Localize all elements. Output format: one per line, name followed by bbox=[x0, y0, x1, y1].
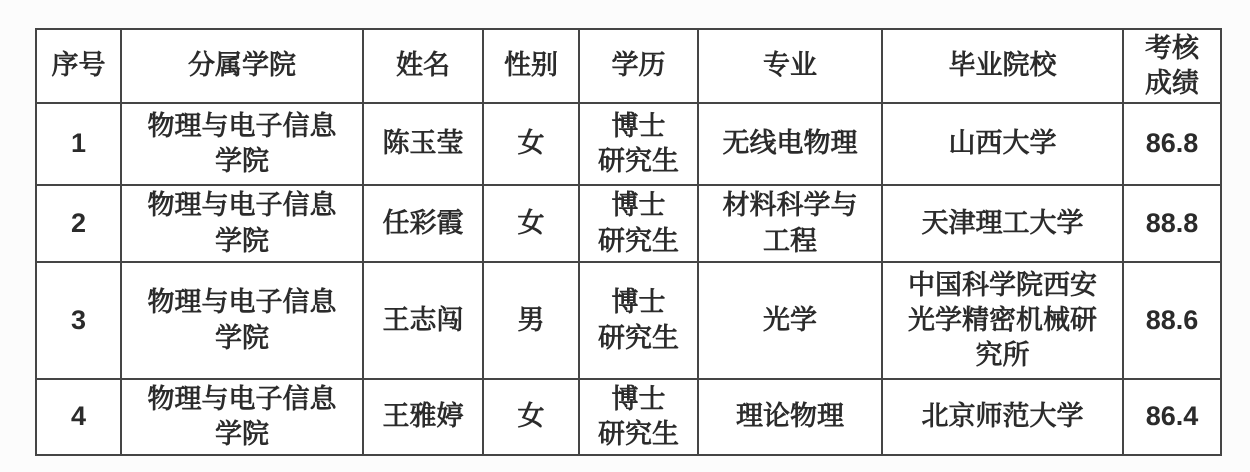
table-row: 3 物理与电子信息 学院 王志闯 男 博士 研究生 光学 中国科学院西安 光学精… bbox=[36, 262, 1221, 379]
header-cell-name: 姓名 bbox=[363, 29, 483, 103]
cell-score: 88.8 bbox=[1123, 185, 1221, 262]
cell-university: 中国科学院西安 光学精密机械研 究所 bbox=[882, 262, 1123, 379]
cell-name: 陈玉莹 bbox=[363, 103, 483, 185]
cell-index: 1 bbox=[36, 103, 121, 185]
cell-index: 2 bbox=[36, 185, 121, 262]
header-cell-gender: 性别 bbox=[483, 29, 579, 103]
cell-score: 88.6 bbox=[1123, 262, 1221, 379]
cell-university: 天津理工大学 bbox=[882, 185, 1123, 262]
cell-gender: 女 bbox=[483, 103, 579, 185]
cell-college: 物理与电子信息 学院 bbox=[121, 103, 363, 185]
table-row: 1 物理与电子信息 学院 陈玉莹 女 博士 研究生 无线电物理 山西大学 86.… bbox=[36, 103, 1221, 185]
cell-major: 理论物理 bbox=[698, 379, 882, 455]
cell-college: 物理与电子信息 学院 bbox=[121, 262, 363, 379]
header-cell-index: 序号 bbox=[36, 29, 121, 103]
cell-college: 物理与电子信息 学院 bbox=[121, 379, 363, 455]
cell-name: 任彩霞 bbox=[363, 185, 483, 262]
table-header: 序号 分属学院 姓名 性别 学历 专业 毕业院校 考核 成绩 bbox=[36, 29, 1221, 103]
header-cell-major: 专业 bbox=[698, 29, 882, 103]
cell-index: 4 bbox=[36, 379, 121, 455]
header-row: 序号 分属学院 姓名 性别 学历 专业 毕业院校 考核 成绩 bbox=[36, 29, 1221, 103]
cell-education: 博士 研究生 bbox=[579, 262, 698, 379]
cell-education: 博士 研究生 bbox=[579, 103, 698, 185]
cell-gender: 女 bbox=[483, 379, 579, 455]
cell-education: 博士 研究生 bbox=[579, 185, 698, 262]
cell-major: 材料科学与 工程 bbox=[698, 185, 882, 262]
table-row: 2 物理与电子信息 学院 任彩霞 女 博士 研究生 材料科学与 工程 天津理工大… bbox=[36, 185, 1221, 262]
cell-score: 86.8 bbox=[1123, 103, 1221, 185]
table-body: 1 物理与电子信息 学院 陈玉莹 女 博士 研究生 无线电物理 山西大学 86.… bbox=[36, 103, 1221, 455]
cell-major: 无线电物理 bbox=[698, 103, 882, 185]
cell-name: 王雅婷 bbox=[363, 379, 483, 455]
table-row: 4 物理与电子信息 学院 王雅婷 女 博士 研究生 理论物理 北京师范大学 86… bbox=[36, 379, 1221, 455]
header-cell-score: 考核 成绩 bbox=[1123, 29, 1221, 103]
candidate-evaluation-table: 序号 分属学院 姓名 性别 学历 专业 毕业院校 考核 成绩 1 物理与电子信息… bbox=[35, 28, 1222, 456]
cell-gender: 男 bbox=[483, 262, 579, 379]
header-cell-education: 学历 bbox=[579, 29, 698, 103]
header-cell-university: 毕业院校 bbox=[882, 29, 1123, 103]
cell-education: 博士 研究生 bbox=[579, 379, 698, 455]
header-cell-college: 分属学院 bbox=[121, 29, 363, 103]
cell-university: 山西大学 bbox=[882, 103, 1123, 185]
cell-college: 物理与电子信息 学院 bbox=[121, 185, 363, 262]
cell-university: 北京师范大学 bbox=[882, 379, 1123, 455]
page: 序号 分属学院 姓名 性别 学历 专业 毕业院校 考核 成绩 1 物理与电子信息… bbox=[0, 0, 1250, 472]
cell-major: 光学 bbox=[698, 262, 882, 379]
cell-name: 王志闯 bbox=[363, 262, 483, 379]
cell-score: 86.4 bbox=[1123, 379, 1221, 455]
cell-index: 3 bbox=[36, 262, 121, 379]
cell-gender: 女 bbox=[483, 185, 579, 262]
